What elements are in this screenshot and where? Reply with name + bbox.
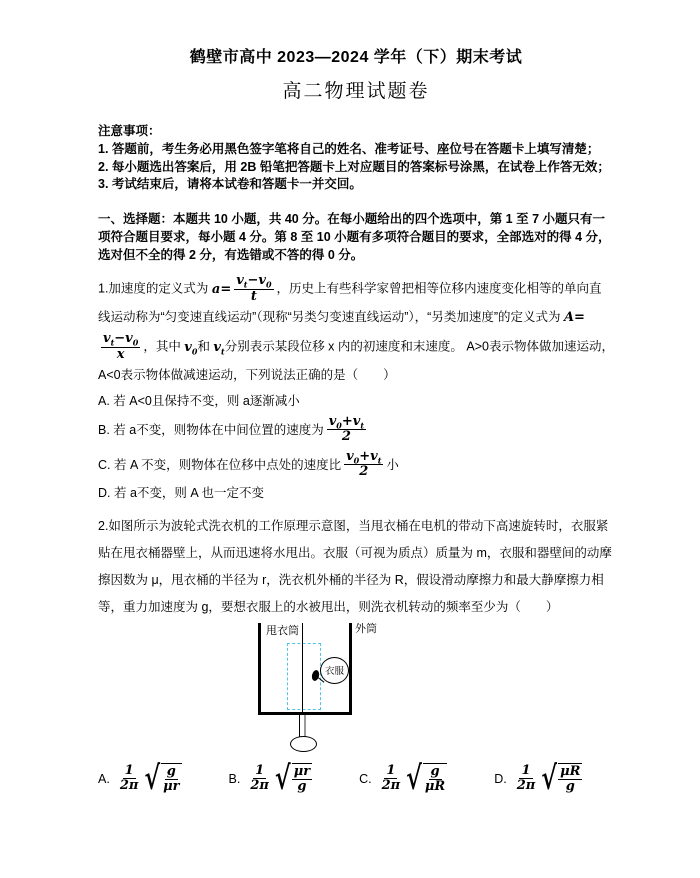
fraction-numerator: 1 — [519, 764, 532, 780]
q2-options-row: A. 12π √ gμr B. 12π √ μrg C. 12π √ gμR D… — [98, 763, 614, 795]
formula-term: v — [213, 340, 221, 355]
clothes-callout-bubble: 衣服 — [320, 657, 349, 684]
formula-term: v — [125, 331, 133, 346]
fraction-denominator: 2π — [118, 779, 141, 794]
symbol-v0: v0 — [184, 340, 197, 355]
fraction-denominator: μR — [423, 780, 447, 795]
q2-option-c: C. 12π √ gμR — [359, 763, 450, 795]
formula-lead: A= — [564, 310, 585, 325]
fraction-denominator: g — [564, 780, 577, 795]
formula-term: v — [258, 273, 266, 288]
formula-term: v — [103, 331, 111, 346]
notice-section: 注意事项： 1. 答题前，考生务必用黑色签字笔将自己的姓名、准考证号、座位号在答… — [98, 123, 614, 194]
q2-option-b-label: B. — [229, 772, 241, 786]
pulley-ellipse — [290, 736, 317, 752]
outer-tub-left-wall — [258, 623, 261, 715]
fraction-denominator: x — [115, 348, 127, 363]
notice-item-2: 2. 每小题选出答案后，用 2B 铅笔把答题卡上对应题目的答案标号涂黑，在试卷上… — [98, 159, 614, 177]
root-fraction: gμr — [161, 763, 181, 795]
formula-a-definition: a=vt−v0t — [212, 282, 277, 297]
q1-option-c-text: C. 若 A 不变，则物体在位移中点处的速度比 — [98, 455, 341, 475]
fraction-numerator: vt−v0 — [101, 332, 140, 348]
root-fraction: gμR — [423, 763, 447, 795]
radical-sign: √ — [144, 763, 160, 792]
fraction-denominator: 2π — [515, 779, 538, 794]
section-intro: 一、选择题：本题共 10 小题，共 40 分。在每小题给出的四个选项中，第 1 … — [98, 211, 614, 264]
q1-seg3b: 和 — [197, 340, 213, 354]
fraction-numerator: μR — [558, 765, 582, 781]
formula-term: − — [248, 273, 259, 288]
q1-option-d: D. 若 a不变，则 A 也一定不变 — [98, 483, 614, 503]
formula-lead: a= — [212, 282, 231, 297]
spin-tub-label: 甩衣筒 — [266, 625, 299, 638]
q1-seg3a: ，其中 — [143, 340, 184, 354]
q1-option-c: C. 若 A 不变，则物体在位移中点处的速度比 v0+vt2 小 — [98, 448, 614, 481]
fraction: v0+vt2 — [344, 450, 383, 480]
formula-term: v — [346, 449, 354, 464]
fraction-numerator: 1 — [253, 764, 266, 780]
exam-subtitle: 高二物理试题卷 — [98, 76, 614, 103]
fraction-numerator: μr — [292, 765, 312, 781]
coef-fraction: 12π — [380, 764, 403, 794]
formula-term: v — [370, 449, 378, 464]
fraction: v0+vt2 — [327, 415, 366, 445]
symbol-vt: vt — [213, 340, 224, 355]
fraction: vt−v0x — [101, 332, 140, 362]
formula-subscript: 0 — [133, 338, 139, 348]
clothes-callout-label: 衣服 — [325, 663, 344, 677]
coef-fraction: 12π — [118, 764, 141, 794]
fraction-denominator: 2π — [380, 779, 403, 794]
q1-option-a: A. 若 A<0且保持不变，则 a逐渐减小 — [98, 391, 614, 411]
formula-term: + — [359, 449, 370, 464]
coef-fraction: 12π — [248, 764, 271, 794]
q2-option-a: A. 12π √ gμr — [98, 763, 185, 795]
q1-option-b-fraction: v0+vt2 — [324, 415, 369, 445]
q2-option-c-label: C. — [359, 772, 372, 786]
fraction: vt−v0t — [234, 274, 273, 304]
agitator-shaft — [302, 623, 303, 712]
fraction-numerator: g — [165, 765, 178, 781]
fraction-numerator: v0+vt — [344, 450, 383, 466]
question-2-text: 2.如图所示为波轮式洗衣机的工作原理示意图，当甩衣桶在电机的带动下高速旋转时，衣… — [98, 513, 614, 621]
fraction-numerator: vt−v0 — [234, 274, 273, 290]
formula-term: + — [342, 414, 353, 429]
outer-tub-label: 外筒 — [355, 623, 377, 636]
root-fraction: μrg — [292, 763, 312, 795]
drive-shaft — [299, 715, 306, 738]
q2-option-a-label: A. — [98, 772, 110, 786]
fraction-denominator: 2 — [340, 430, 353, 445]
q1-option-c-tail: 小 — [386, 455, 399, 475]
q1-option-b: B. 若 a不变，则物体在中间位置的速度为 v0+vt2 — [98, 413, 614, 446]
q1-seg1: 1.加速度的定义式为 — [98, 282, 212, 296]
q1-option-a-text: A. 若 A<0且保持不变，则 a逐渐减小 — [98, 391, 300, 411]
fraction-denominator: t — [249, 290, 259, 305]
formula-term: v — [236, 273, 244, 288]
exam-paper-page: 鹤壁市高中 2023—2024 学年（下）期末考试 高二物理试题卷 注意事项： … — [0, 0, 700, 878]
q1-option-c-fraction: v0+vt2 — [341, 450, 386, 480]
notice-heading: 注意事项： — [98, 123, 614, 141]
fraction-denominator: 2 — [357, 465, 370, 480]
q2-option-d: D. 12π √ μRg — [494, 763, 585, 795]
fraction-numerator: v0+vt — [327, 415, 366, 431]
formula-term: − — [114, 331, 125, 346]
radical-sign: √ — [541, 763, 557, 792]
outer-tub-right-wall — [349, 623, 352, 715]
washing-machine-figure: 甩衣筒 外筒 衣服 — [98, 623, 614, 757]
formula-term: v — [184, 340, 192, 355]
question-1-text: 1.加速度的定义式为 a=vt−v0t，历史上有些科学家曾把相等位移内速度变化相… — [98, 274, 614, 389]
radical-sign: √ — [275, 763, 291, 792]
root-fraction: μRg — [558, 763, 582, 795]
coef-fraction: 12π — [515, 764, 538, 794]
fraction-denominator: μr — [161, 780, 181, 795]
notice-item-1: 1. 答题前，考生务必用黑色签字笔将自己的姓名、准考证号、座位号在答题卡上填写清… — [98, 141, 614, 159]
fraction-numerator: 1 — [384, 764, 397, 780]
formula-subscript: t — [378, 455, 382, 465]
fraction-denominator: 2π — [248, 779, 271, 794]
q2-option-b: B. 12π √ μrg — [229, 763, 316, 795]
q2-option-d-label: D. — [494, 772, 507, 786]
formula-subscript: 0 — [266, 280, 272, 290]
q1-option-d-text: D. 若 a不变，则 A 也一定不变 — [98, 483, 264, 503]
exam-title: 鹤壁市高中 2023—2024 学年（下）期末考试 — [98, 44, 614, 67]
formula-subscript: t — [360, 420, 364, 430]
notice-item-3: 3. 考试结束后，请将本试卷和答题卡一并交回。 — [98, 176, 614, 194]
fraction-numerator: g — [429, 765, 442, 781]
fraction-denominator: g — [295, 780, 308, 795]
radical-sign: √ — [406, 763, 422, 792]
q1-option-b-text: B. 若 a不变，则物体在中间位置的速度为 — [98, 420, 324, 440]
fraction-numerator: 1 — [123, 764, 136, 780]
